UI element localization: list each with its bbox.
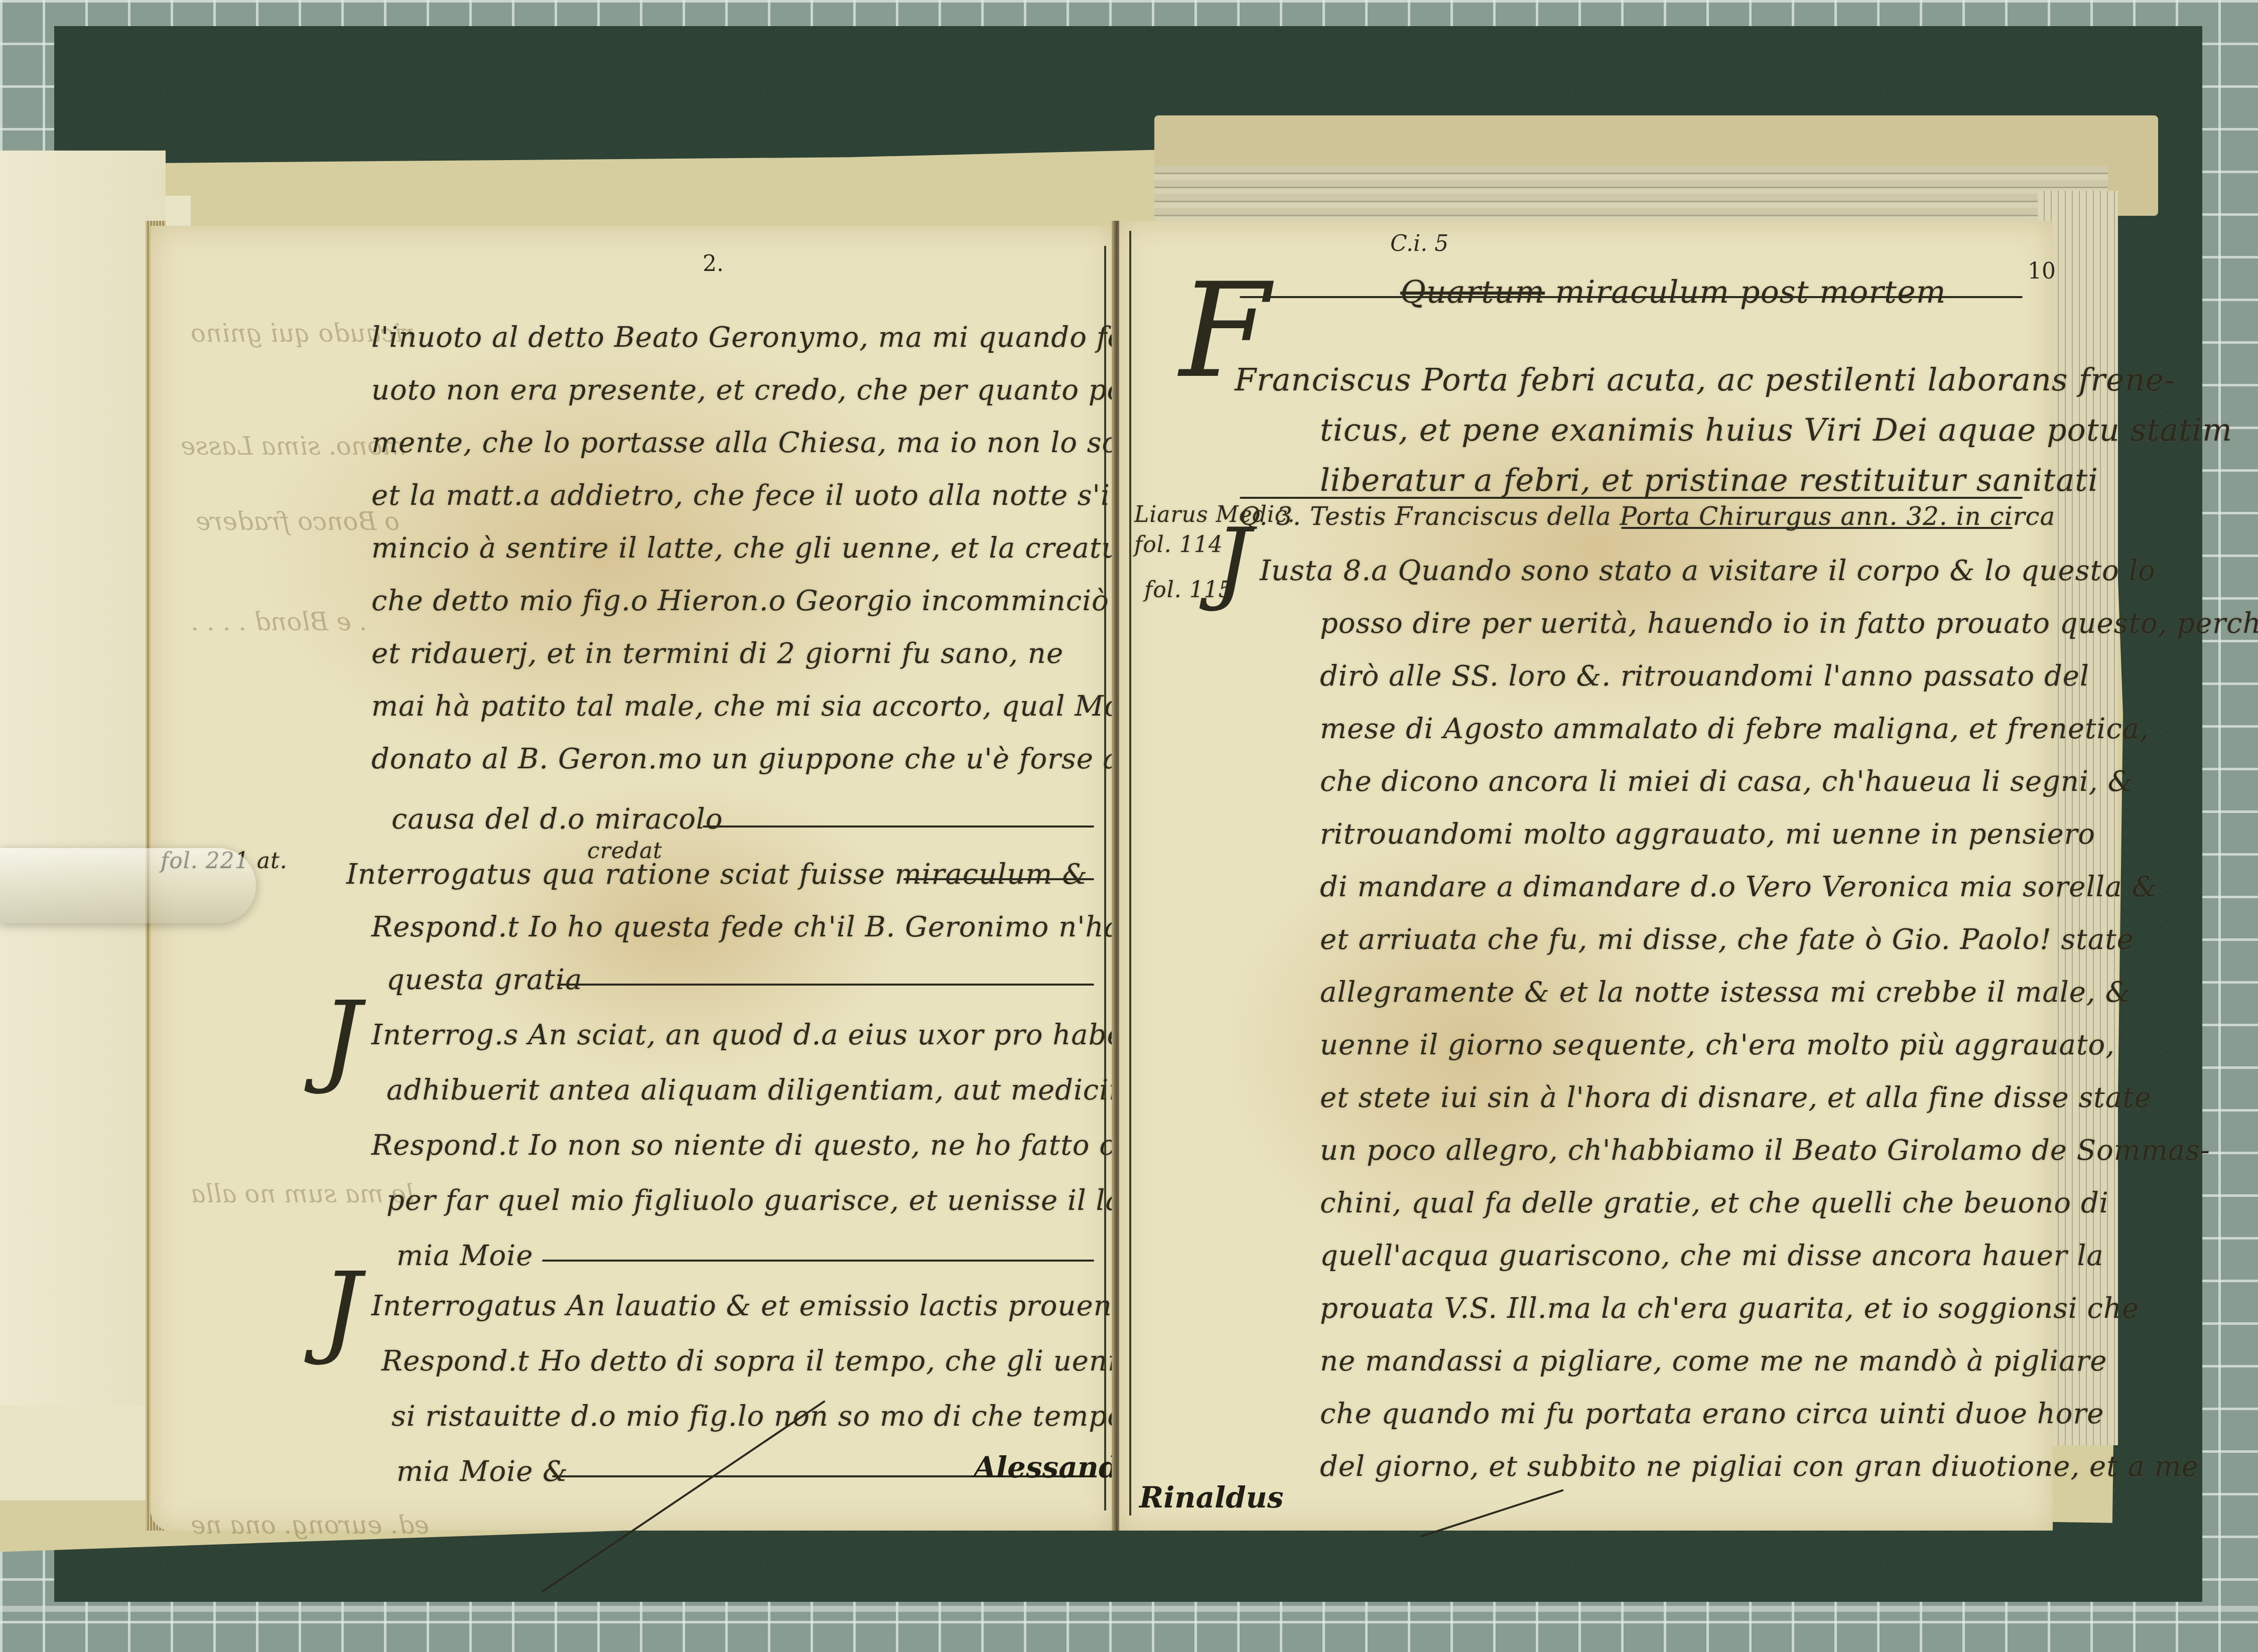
testimony-line: del giorno, et subbito ne pigliai con gr… [1320, 1450, 2199, 1483]
decorative-initial: J [1215, 517, 1251, 607]
interrogatus-text: Interrogatus qua ratione sciat fuisse mi… [346, 858, 1088, 891]
top-mark: C.i. 5 [1390, 231, 1448, 256]
respondit-line: mia Moie & [396, 1455, 568, 1488]
bleed-through-text: le ma sum no alla [191, 1179, 415, 1208]
page-margin-rule [1129, 231, 1131, 1516]
text-line: mai hà patito tal male, che mi sia accor… [371, 690, 1193, 723]
bleed-through-text: . e Blond . . . . [191, 607, 367, 636]
decorative-initial: J [321, 989, 361, 1089]
right-page: 10 C.i. 5 Quartum miraculum post mortem … [1119, 221, 2053, 1531]
testimony-line: dirò alle SS. loro &. ritrouandomi l'ann… [1320, 660, 2089, 693]
section-rule [557, 984, 1094, 986]
respondit-line: questa gratia [386, 963, 582, 996]
cancellation-stroke [1420, 1489, 1564, 1538]
testimony-line: mese di Agosto ammalato di febre maligna… [1320, 713, 2149, 745]
summary-line: ticus, et pene exanimis huius Viri Dei a… [1320, 411, 2232, 448]
summary-line: liberatur a febri, et pristinae restitui… [1320, 462, 2098, 498]
bleed-through-text: ed. eurong. ona ne [191, 1510, 429, 1540]
testimony-line: allegramente & et la notte istessa mi cr… [1320, 976, 2131, 1009]
testimony-line: un poco allegro, ch'habbiamo il Beato Gi… [1320, 1134, 2210, 1167]
testimony-line: chini, qual fa delle gratie, et che quel… [1320, 1187, 2109, 1219]
text-line: mente, che lo portasse alla Chiesa, ma i… [371, 427, 1229, 459]
top-mark: 2. [703, 251, 724, 277]
section-rule [903, 878, 1094, 880]
testimony-line: che quando mi fu portata erano circa uin… [1320, 1398, 2104, 1430]
ruler-major-line [0, 1606, 2258, 1612]
testimony-line: uenne il giorno sequente, ch'era molto p… [1320, 1029, 2115, 1061]
testimony-line: quell'acqua guariscono, che mi disse anc… [1320, 1240, 2104, 1272]
interrogatus-line: Interrogatus qua ratione sciat fuisse mi… [346, 858, 1088, 891]
text-line: l'inuoto al detto Beato Geronymo, ma mi … [371, 321, 1186, 354]
text-line: mincio à sentire il latte, che gli uenne… [371, 532, 1160, 565]
text-line: et la matt.a addietro, che fece il uoto … [371, 479, 1200, 512]
text-line: et ridauerj, et in termini di 2 giorni f… [371, 637, 1064, 670]
testimony-line: che dicono ancora li miei di casa, ch'ha… [1320, 765, 2133, 798]
respondit-line: per far quel mio figliuolo guarisce, et … [386, 1184, 1190, 1217]
witness-rule [1621, 527, 2013, 529]
heading-text: miraculum post mortem [1555, 273, 1946, 310]
testimony-line: posso dire per uerità, hauendo io in fat… [1320, 607, 2258, 640]
text-line: causa del d.o miracolo [391, 803, 723, 836]
interlinear-insertion: credat [587, 838, 662, 864]
testimony-line: di mandare a dimandare d.o Vero Veronica… [1320, 871, 2157, 903]
heading-struck-word: Quartum [1400, 273, 1545, 310]
decorative-initial: J [321, 1260, 361, 1360]
left-loose-sheet-inner [0, 151, 166, 1405]
testimony-line: prouata V.S. Ill.ma la ch'era guarita, e… [1320, 1292, 2139, 1325]
section-rule [542, 1260, 1094, 1262]
glass-page-weight-rod [0, 848, 256, 923]
left-page: ricaudo qui gnino mono. sima Lasse o Bon… [151, 226, 1114, 1531]
text-line: donato al B. Geron.mo un giuppone che u'… [371, 743, 1210, 775]
interrogatus-line: adhibuerit antea aliquam diligentiam, au… [386, 1074, 1207, 1107]
text-line: che detto mio fig.o Hieron.o Georgio inc… [371, 585, 1239, 617]
folio-number: 10 [2028, 258, 2056, 284]
testimony-line: ritrouandomi molto aggrauato, mi uenne i… [1320, 818, 2095, 851]
section-heading: Quartum miraculum post mortem [1400, 273, 1946, 310]
section-rule [703, 825, 1094, 828]
summary-line: Franciscus Porta febri acuta, ac pestile… [1235, 361, 2175, 398]
bleed-through-text: o Bonco fradere [196, 507, 400, 536]
testimony-line: et stete iui sin à l'hora di disnare, et… [1320, 1081, 2152, 1114]
testimony-line: Iusta 8.a Quando sono stato a visitare i… [1260, 555, 2156, 587]
margin-note: fol. 114 [1134, 532, 1223, 558]
summary-rule [1240, 497, 2023, 499]
testimony-line: et arriuata che fu, mi disse, che fate ò… [1320, 923, 2134, 956]
respondit-line: mia Moie [396, 1240, 533, 1272]
testimony-line: ne mandassi a pigliare, come me ne mandò… [1320, 1345, 2107, 1378]
signature: Rinaldus [1139, 1480, 1283, 1515]
